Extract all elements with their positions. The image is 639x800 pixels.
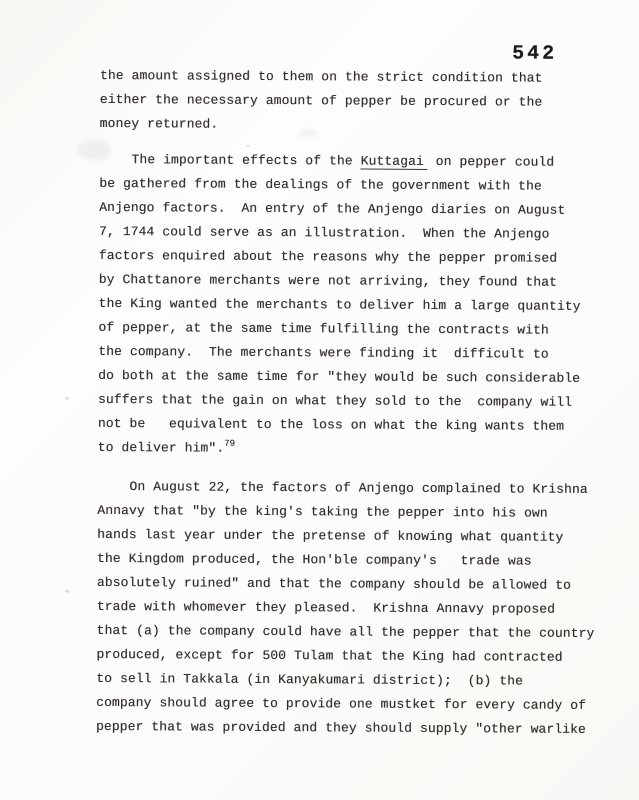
scan-smudge [300,129,318,137]
text-segment: to deliver him". [98,440,225,456]
text-line: either the necessary amount of pepper be… [100,88,610,115]
text-line: the King wanted the merchants to deliver… [98,292,608,319]
text-line: hands last year under the pretense of kn… [97,523,607,550]
text-block: the amount assigned to them on the stric… [96,64,610,754]
scan-speck [247,145,250,147]
text-line: absolutely ruined" and that the company … [97,571,607,598]
paragraph-2: The important effects of the Kuttagai on… [98,148,610,463]
paragraph-1: the amount assigned to them on the stric… [100,64,610,139]
text-line: money returned. [100,112,610,139]
underlined-term: Kuttagai [361,154,428,170]
text-line: Annavy that "by the king's taking the pe… [97,499,607,526]
text-line: On August 22, the factors of Anjengo com… [97,475,607,502]
paragraph-3: On August 22, the factors of Anjengo com… [96,475,608,742]
text-line: trade with whomever they pleased. Krishn… [97,595,607,622]
text-line: not be equivalent to the loss on what th… [98,412,608,439]
text-segment: on pepper could [428,154,555,170]
text-line: the company. The merchants were finding … [98,340,608,367]
scan-speck [65,397,69,400]
text-line: of pepper, at the same time fulfilling t… [98,316,608,343]
text-line: that (a) the company could have all the … [96,619,606,646]
text-line: be gathered from the dealings of the gov… [99,172,609,199]
scan-speck [65,590,70,593]
document-page: 542 the amount assigned to them on the s… [0,0,639,800]
text-line: 7, 1744 could serve as an illustration. … [99,220,609,247]
text-line: to sell in Takkala (in Kanyakumari distr… [96,667,606,694]
scan-smudge [77,140,111,160]
text-line: the Kingdom produced, the Hon'ble compan… [97,547,607,574]
text-line: factors enquired about the reasons why t… [99,244,609,271]
text-line: suffers that the gain on what they sold … [98,388,608,415]
text-line: by Chattanore merchants were not arrivin… [99,268,609,295]
text-segment: The important effects of the [131,152,360,168]
text-line: pepper that was provided and they should… [96,715,606,742]
text-line: Anjengo factors. An entry of the Anjengo… [99,196,609,223]
text-line: The important effects of the Kuttagai on… [99,148,609,175]
text-line: do both at the same time for "they would… [98,364,608,391]
text-line: company should agree to provide one must… [96,691,606,718]
footnote-reference: 79 [224,439,235,449]
text-line: to deliver him".79 [98,436,608,463]
scanned-content: 542 the amount assigned to them on the s… [0,0,639,800]
text-line: the amount assigned to them on the stric… [100,64,610,91]
page-number: 542 [512,42,557,65]
text-line: produced, except for 500 Tulam that the … [96,643,606,670]
